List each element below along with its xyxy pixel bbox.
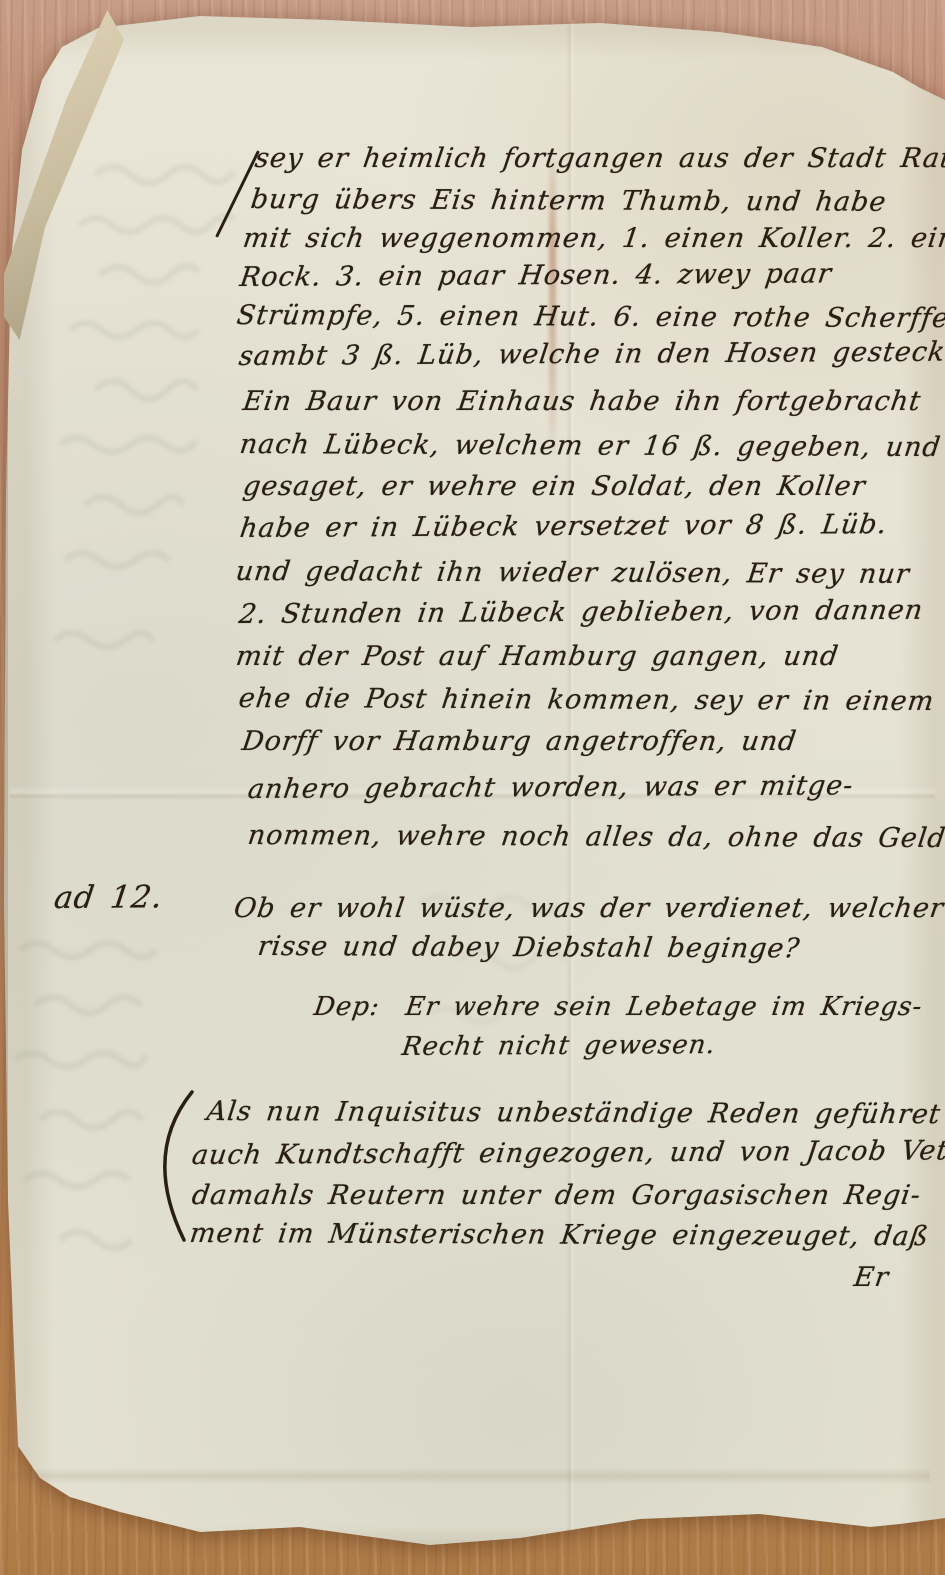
deposition-label: Dep: xyxy=(312,992,382,1022)
catchword: Er xyxy=(852,1262,891,1293)
manuscript-line: sambt 3 ß. Lüb, welche in den Hosen gest… xyxy=(237,336,945,372)
deposition-text: Er wehre sein Lebetage im Kriegs- xyxy=(404,992,925,1022)
manuscript-line: nommen, wehre noch alles da, ohne das Ge… xyxy=(246,820,945,854)
manuscript-line: habe er in Lübeck versetzet vor 8 ß. Lüb… xyxy=(238,509,889,544)
deposition-line: Recht nicht gewesen. xyxy=(400,1030,718,1062)
deposition-line: Dep:Er wehre sein Lebetage im Kriegs- xyxy=(312,992,925,1022)
question-line: risse und dabey Diebstahl beginge? xyxy=(256,931,802,964)
marginal-note-ad-12: ad 12. xyxy=(52,879,165,916)
manuscript-line: nach Lübeck, welchem er 16 ß. gegeben, u… xyxy=(238,429,943,463)
photo-scene: sey er heimlich fortgangen aus der Stadt… xyxy=(0,0,945,1575)
manuscript-line: mit sich weggenommen, 1. einen Koller. 2… xyxy=(241,223,945,254)
manuscript-line: Rock. 3. ein paar Hosen. 4. zwey paar xyxy=(238,258,834,293)
question-line: Ob er wohl wüste, was der verdienet, wel… xyxy=(232,893,945,924)
manuscript-line: burg übers Eis hinterm Thumb, und habe xyxy=(249,184,888,218)
manuscript-line: gesaget, er wehre ein Soldat, den Koller xyxy=(241,471,868,502)
closing-line: auch Kundtschafft eingezogen, und von Ja… xyxy=(190,1135,945,1171)
closing-line: ment im Münsterischen Kriege eingezeuget… xyxy=(188,1218,931,1252)
manuscript-line: mit der Post auf Hamburg gangen, und xyxy=(234,641,841,672)
manuscript-line: Dorff vor Hamburg angetroffen, und xyxy=(240,726,799,757)
manuscript-line: Ein Baur von Einhaus habe ihn fortgebrac… xyxy=(241,386,923,417)
manuscript-line: 2. Stunden in Lübeck geblieben, von dann… xyxy=(237,595,925,630)
manuscript-line: Strümpfe, 5. einen Hut. 6. eine rothe Sc… xyxy=(235,300,945,334)
closing-line: damahls Reutern unter dem Gorgasischen R… xyxy=(190,1180,923,1211)
manuscript-line: anhero gebracht worden, was er mitge- xyxy=(246,770,855,805)
closing-line: Als nun Inquisitus unbeständige Reden ge… xyxy=(205,1096,943,1130)
manuscript-line: ehe die Post hinein kommen, sey er in ei… xyxy=(237,683,936,717)
bottom-fold-crease xyxy=(10,1468,930,1484)
manuscript-line: und gedacht ihn wieder zulösen, Er sey n… xyxy=(234,556,912,590)
manuscript-line: sey er heimlich fortgangen aus der Stadt… xyxy=(253,143,945,174)
